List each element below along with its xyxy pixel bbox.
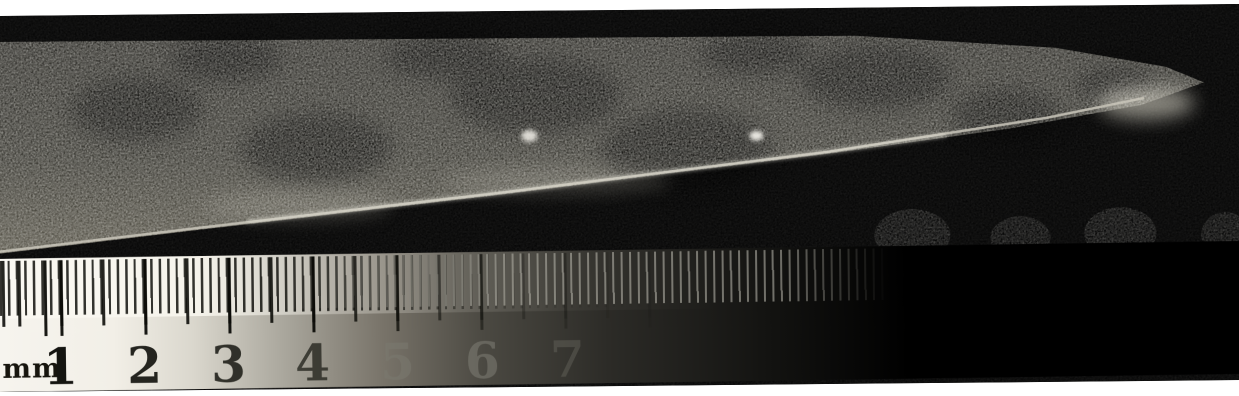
mm-ruler: mm 1 2 3 4 5 6 7 [0, 241, 1239, 392]
ruler-number-6: 6 [465, 336, 501, 386]
figure-canvas: mm 1 2 3 4 5 6 7 [0, 0, 1239, 396]
ruler-number-5: 5 [380, 337, 416, 387]
ruler-number-7: 7 [550, 334, 586, 384]
ruler-number-2: 2 [127, 341, 163, 391]
ruler-number-1: 1 [43, 342, 79, 392]
ruler-number-4: 4 [295, 338, 331, 388]
artifact-photo: mm 1 2 3 4 5 6 7 [0, 4, 1239, 392]
ruler-number-3: 3 [211, 339, 247, 389]
